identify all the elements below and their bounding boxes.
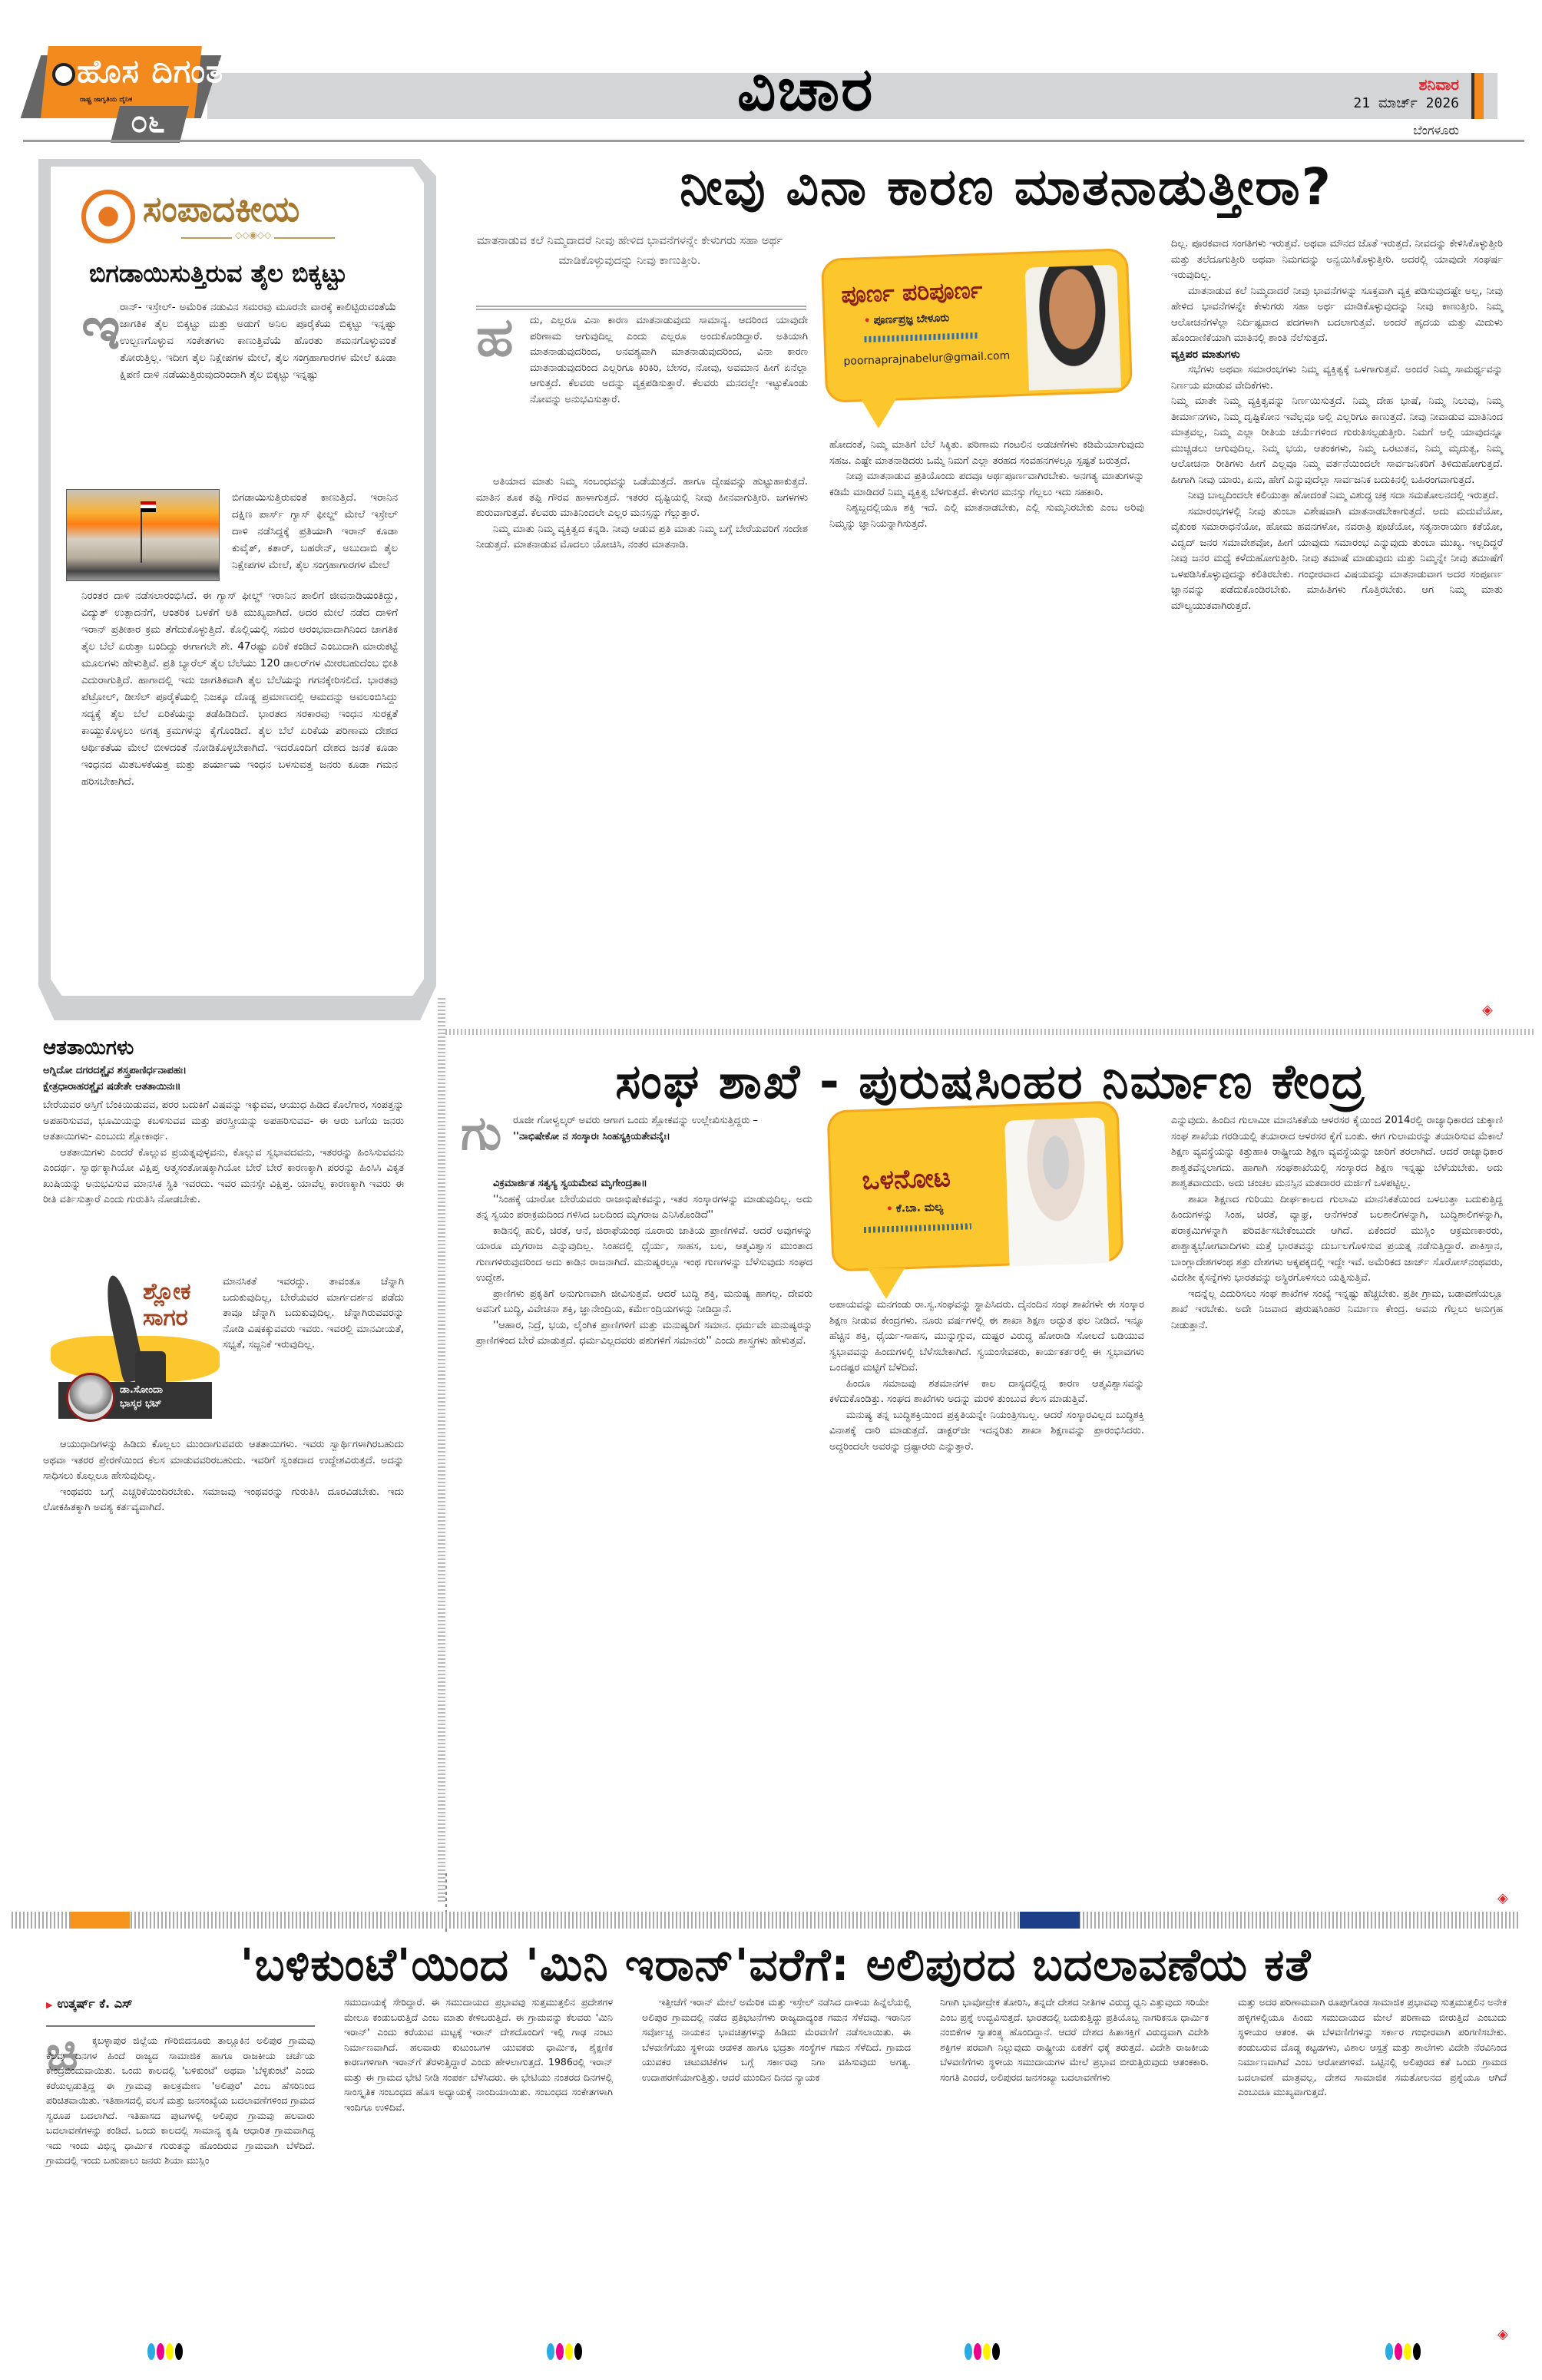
para: ಸಭೆಗಳು ಅಥವಾ ಸಮಾರಂಭಗಳು ನಿಮ್ಮ ವ್ಯಕ್ತಿತ್ವಕ್…: [1171, 362, 1503, 394]
editorial-beside-photo: ಬಿಗಡಾಯಿಸುತ್ತಿರುವಂತೆ ಕಾಣುತ್ತಿದೆ. ಇರಾನಿನ ದ…: [232, 489, 398, 574]
black-dot: [1413, 2343, 1421, 2360]
columnist-name: ಪೂರ್ಣಪ್ರಜ್ಞ ಬೇಳೂರು: [863, 312, 949, 327]
para: ಪ್ರಾಣಿಗಳು ಪ್ರಕೃತಿಗೆ ಅನುಗುಣವಾಗಿ ಜೀವಿಸುತ್ತ…: [476, 1287, 812, 1318]
cmyk-marks: [965, 2343, 1000, 2360]
para: ಮನುಷ್ಯ ತನ್ನ ಬುದ್ಧಿಶಕ್ತಿಯಿಂದ ಪ್ರಕೃತಿಯನ್ನೇ…: [829, 1408, 1144, 1456]
section-hatch-divider: [445, 1029, 1536, 1035]
section-separator: [12, 1912, 1520, 1929]
column-badge-purna: ಪೂರ್ಣ ಪರಿಪೂರ್ಣ ಪೂರ್ಣಪ್ರಜ್ಞ ಬೇಳೂರು poorna…: [821, 248, 1133, 403]
article-talk-col1-lead: ದು, ಎಲ್ಲರೂ ವಿನಾ ಕಾರಣ ಮಾತನಾಡುವುದು ಸಾಮಾನ್ಯ…: [530, 313, 808, 408]
para: ಆತತಾಯಿಗಳು ಎಂದರೆ ಕೊಲ್ಲುವ ಪ್ರಯತ್ನವುಳ್ಳವನು,…: [43, 1145, 404, 1208]
dotted-ornament: [864, 332, 979, 342]
editorial-label: ಸಂಪಾದಕೀಯ: [143, 188, 299, 231]
article-talk-dropcap: ಹ: [476, 310, 514, 364]
author-name-line1: ಡಾ.ಸೋಂದಾ: [120, 1383, 163, 1397]
para: ''ಸಿಂಹಕ್ಕೆ ಯಾರೋ ಬೇರೆಯವರು ರಾಜಾಭಿಷೇಕವನ್ನು,…: [476, 1192, 812, 1224]
para: ಹಿಂದೂ ಸಮಾಜವು ಶತಮಾನಗಳ ಕಾಲ ದಾಸ್ಯದಲ್ಲಿದ್ದ ಕ…: [829, 1377, 1144, 1408]
columnist-photo: [1024, 265, 1121, 391]
para: ಬೇರೆಯವರ ಆಸ್ತಿಗೆ ಬೆಂಕಿಯಿಡುವವ, ಪರರ ಬದುಕಿಗೆ…: [43, 1098, 404, 1145]
newspaper-name[interactable]: ಹೊಸ ದಿಗಂತ: [77, 52, 223, 91]
verse-line-1: ''ನಾಭಿಷೇಕೋ ನ ಸಂಸ್ಕಾರಃ ಸಿಂಹಸ್ಯಕ್ರಿಯತೇವನೈಃ…: [513, 1129, 812, 1145]
magenta-dot: [974, 2343, 981, 2360]
article-shakha-intro: ರೂಜೀ ಗೋಳ್ವಲ್ಕರ್ ಅವರು ಆಗಾಗ ಒಂದು ಶ್ಲೋಕವನ್ನ…: [513, 1113, 812, 1145]
article-alipura-headline[interactable]: 'ಬಳಿಕುಂಟೆ'ಯಿಂದ 'ಮಿನಿ ಇರಾನ್'ವರೆಗೆ: ಅಲಿಪುರ…: [31, 1939, 1520, 1992]
article-shakha-headline[interactable]: ಸಂಘ ಶಾಖೆ - ಪುರುಷಸಿಂಹರ ನಿರ್ಮಾಣ ಕೇಂದ್ರ: [461, 1053, 1520, 1110]
para: ದು, ಎಲ್ಲರೂ ವಿನಾ ಕಾರಣ ಮಾತನಾಡುವುದು ಸಾಮಾನ್ಯ…: [530, 313, 808, 408]
article-shakha-dropcap: ಗು: [461, 1109, 501, 1157]
para: ನಿಶ್ಯಬ್ದದಲ್ಲಿಯೂ ಶಕ್ತಿ ಇದೆ. ಎಲ್ಲಿ ಮಾತನಾಡಬ…: [829, 501, 1144, 532]
article-alipura-col4: ನಿಗಾಗಿ ಭಾವೋದ್ರೇಕ ತೋರಿಸಿ, ತನ್ನದೇ ದೇಶದ ನೀತ…: [940, 1995, 1209, 2084]
verse-line-1: ಅಗ್ನಿದೋ ದಗರದಶ್ಚೈವ ಶಸ್ತ್ರಪಾಣಿರ್ಧನಾಪಹಃ।: [43, 1063, 404, 1079]
article-talk-col2: ಹೋದಂತೆ, ನಿಮ್ಮ ಮಾತಿಗೆ ಬೆಲೆ ಸಿಕ್ಕಿತು. ಪರಿಣ…: [829, 438, 1144, 532]
para: ನೀವು ಮಾತನಾಡುವ ಪ್ರತಿಯೊಂದು ಪದವೂ ಅರ್ಥಪೂರ್ಣವ…: [829, 469, 1144, 501]
columnist-name: ಕೆ.ಬಾ. ಮಲ್ಯ: [886, 1201, 944, 1215]
para: ಇಂಥವರು ಬಗ್ಗೆ ಎಚ್ಚರಿಕೆಯಿಂದಿರಬೇಕು. ಸಮಾಜವು …: [43, 1485, 404, 1516]
editorial-lead: ರಾನ್- ಇಸ್ರೇಲ್- ಅಮೆರಿಕ ನಡುವಿನ ಸಮರವು ಮೂರನೇ…: [81, 299, 396, 383]
badge-title-line2: ಸಾಗರ: [143, 1305, 191, 1331]
para: ದಿಲ್ಲ. ಪೂರಕವಾದ ಸಂಗತಿಗಳು ಇರುತ್ತವೆ. ಅಥವಾ ಮ…: [1171, 236, 1503, 284]
end-of-article-icon: ◈: [1497, 1890, 1508, 1906]
column-badge-olanota: ಒಳನೋಟ ಕೆ.ಬಾ. ಮಲ್ಯ: [826, 1100, 1123, 1271]
shloka-body-cont: ಆಯುಧಾದಿಗಳನ್ನು ಹಿಡಿದು ಕೊಲ್ಲಲು ಮುಂದಾಗುವವರು…: [43, 1437, 404, 1516]
cyan-dot: [147, 2343, 155, 2360]
intro-line: ರೂಜೀ ಗೋಳ್ವಲ್ಕರ್ ಅವರು ಆಗಾಗ ಒಂದು ಶ್ಲೋಕವನ್ನ…: [513, 1113, 812, 1129]
article-talk-headline[interactable]: ನೀವು ವಿನಾ ಕಾರಣ ಮಾತನಾಡುತ್ತೀರಾ?: [491, 157, 1520, 218]
emblem-icon: [52, 63, 75, 86]
article-talk-deck: ಮಾತನಾಡುವ ಕಲೆ ನಿಮ್ಮದಾದರೆ ನೀವು ಹೇಳಿದ ಭಾವನೆ…: [468, 230, 791, 270]
article-shakha-col3: ಎನ್ನುವುದು. ಹಿಂದಿನ ಗುಲಾಮೀ ಮಾನಸಿಕತೆಯ ಆಳರಸರ…: [1171, 1113, 1503, 1334]
column-hatch-divider: [438, 998, 445, 1904]
cmyk-marks: [1385, 2343, 1421, 2360]
article-shakha-col1: ವಿಕ್ರಮಾರ್ಜಿತ ಸತ್ವಸ್ಯ ಸ್ವಯಮೇವ ಮೃಗೇಂದ್ರತಾ॥…: [476, 1176, 812, 1350]
callout-tail: [868, 1268, 905, 1299]
editorial-body: ನಿರಂತರ ದಾಳಿ ನಡೆಸಲಾರಂಭಿಸಿದೆ. ಈ ಗ್ಯಾಸ್ ಫೀಲ…: [81, 587, 398, 790]
issue-day: ಶನಿವಾರ: [1336, 75, 1459, 94]
column-name: ಪೂರ್ಣ ಪರಿಪೂರ್ಣ: [841, 277, 983, 309]
para: ಅಪಾಯವನ್ನು ಮನಗಂಡು ರಾ.ಸ್ವ.ಸಂಘವನ್ನು ಸ್ಥಾಪಿಸ…: [829, 1297, 1144, 1377]
editorial-inner: ಸಂಪಾದಕೀಯ ಬಿಗಡಾಯಿಸುತ್ತಿರುವ ತೈಲ ಬಿಕ್ಕಟ್ಟು …: [51, 167, 424, 996]
article-alipura-byline: ಉತ್ಕರ್ಷ್ ಕೆ. ಎಸ್: [46, 1996, 133, 2011]
para: ಇದನ್ನೆಲ್ಲ ಎದುರಿಸಲು ಸಂಘ ಶಾಖೆಗಳ ಸಂಖ್ಯೆ ಇನ್…: [1171, 1287, 1503, 1334]
editorial-headline[interactable]: ಬಿಗಡಾಯಿಸುತ್ತಿರುವ ತೈಲ ಬಿಕ್ಕಟ್ಟು: [89, 259, 347, 289]
para: ಕಾಡಿನಲ್ಲಿ ಹುಲಿ, ಚಿರತೆ, ಆನೆ, ಜಿರಾಫೆಯಂಥ ನೂ…: [476, 1224, 812, 1287]
deck-rule: [476, 306, 806, 312]
para: ಎನ್ನುವುದು. ಹಿಂದಿನ ಗುಲಾಮೀ ಮಾನಸಿಕತೆಯ ಆಳರಸರ…: [1171, 1113, 1503, 1192]
badge-title: ಶ್ಲೋಕ ಸಾಗರ: [143, 1279, 191, 1331]
author-portrait: [66, 1373, 115, 1422]
shloka-title[interactable]: ಆತತಾಯಿಗಳು: [43, 1036, 134, 1060]
end-of-article-icon: ◈: [1497, 2326, 1508, 2342]
shloka-verse: ಅಗ್ನಿದೋ ದಗರದಶ್ಚೈವ ಶಸ್ತ್ರಪಾಣಿರ್ಧನಾಪಹಃ। ಕ್…: [43, 1063, 404, 1095]
shloka-side-text: ಮಾನಸಿಕತೆ ಇವರದ್ದು. ತಾವಂತೂ ಚೆನ್ನಾಗಿ ಬದುಕುವ…: [223, 1274, 404, 1354]
para: ''ಆಹಾರ, ನಿದ್ರೆ, ಭಯ, ಲೈಂಗಿಕ ಪ್ರಾಣಿಗಳಿಗೆ ಮ…: [476, 1318, 812, 1350]
columnist-photo: [1004, 1117, 1110, 1266]
section-title: ವಿಚಾರ: [737, 55, 874, 125]
article-talk-col3: ದಿಲ್ಲ. ಪೂರಕವಾದ ಸಂಗತಿಗಳು ಇರುತ್ತವೆ. ಅಥವಾ ಮ…: [1171, 236, 1503, 614]
subheading: ವ್ಯಕ್ತಿಪರ ಮಾತುಗಳು: [1171, 347, 1503, 363]
para: ಸಮಾರಂಭಗಳಲ್ಲಿ ನೀವು ತುಂಬಾ ವಿಶೇಷವಾಗಿ ಮಾತನಾಡ…: [1171, 504, 1503, 615]
article-alipura-col3: ಇತ್ತೀಚೆಗೆ ಇರಾನ್ ಮೇಲೆ ಅಮೆರಿಕ ಮತ್ತು ಇಸ್ರೇಲ…: [642, 1995, 911, 2084]
inkpot-icon: [135, 1351, 166, 1383]
para: ಆಯುಧಾದಿಗಳನ್ನು ಹಿಡಿದು ಕೊಲ್ಲಲು ಮುಂದಾಗುವವರು…: [43, 1437, 404, 1485]
cyan-dot: [1385, 2343, 1393, 2360]
article-alipura-col1: ಕ್ಕಬಳ್ಳಾಪುರ ಜಿಲ್ಲೆಯ ಗೌರಿಬಿದನೂರು ತಾಲ್ಲೂಕಿ…: [46, 2033, 315, 2168]
para: ಮಾತನಾಡುವ ಕಲೆ ನಿಮ್ಮದಾದರೆ ನೀವು ಭಾವನೆಗಳನ್ನು…: [1171, 284, 1503, 347]
yellow-dot: [565, 2343, 573, 2360]
badge-title-line1: ಶ್ಲೋಕ: [143, 1279, 191, 1305]
column-name: ಒಳನೋಟ: [862, 1162, 951, 1196]
yellow-dot: [983, 2343, 991, 2360]
newspaper-tagline: ರಾಷ್ಟ್ರ ಜಾಗೃತಿಯ ದೈನಿಕ: [80, 96, 132, 104]
end-of-article-icon: ◈: [1482, 1002, 1493, 1018]
verse-line-2: ಕ್ಷೇತ್ರಧಾರಾಹರಶ್ಚೈವ ಷಡೇತೇ ಆತತಾಯಿನಃ॥: [43, 1079, 404, 1095]
para: ಅತಿಯಾದ ಮಾತು ನಿಮ್ಮ ಸಂಬಂಧವನ್ನು ಒಡೆಯುತ್ತದೆ.…: [476, 474, 808, 522]
author-name-line2: ಭಾಸ್ಕರ ಭಟ್: [120, 1397, 163, 1411]
yellow-dot: [166, 2343, 174, 2360]
magenta-dot: [1395, 2343, 1402, 2360]
para: ನೀವು ಬಾಲ್ಯದಿಂದಲೇ ಕಲಿಯುತ್ತಾ ಹೋದಂತೆ ನಿಮ್ಮ …: [1171, 488, 1503, 504]
shloka-sagara-badge: ಶ್ಲೋಕ ಸಾಗರ ಡಾ.ಸೋಂದಾ ಭಾಸ್ಕರ ಭಟ್: [43, 1274, 227, 1428]
separator-blue-block: [1020, 1912, 1080, 1929]
black-dot: [574, 2343, 582, 2360]
byline-rule: [46, 2025, 315, 2027]
para: ನಿಮ್ಮ ಮಾತೇ ನಿಮ್ಮ ವ್ಯಕ್ತಿತ್ವವನ್ನು ನಿರ್ಣಯಿ…: [1171, 394, 1503, 488]
article-shakha-col2: ಅಪಾಯವನ್ನು ಮನಗಂಡು ರಾ.ಸ್ವ.ಸಂಘವನ್ನು ಸ್ಥಾಪಿಸ…: [829, 1297, 1144, 1455]
page-number: ೦೬: [131, 104, 165, 140]
edition-city: ಬೆಂಗಳೂರು: [1336, 123, 1459, 138]
magenta-dot: [157, 2343, 164, 2360]
article-talk-col1: ಅತಿಯಾದ ಮಾತು ನಿಮ್ಮ ಸಂಬಂಧವನ್ನು ಒಡೆಯುತ್ತದೆ.…: [476, 474, 808, 554]
black-dot: [992, 2343, 1000, 2360]
editorial-lead-text: ರಾನ್- ಇಸ್ರೇಲ್- ಅಮೆರಿಕ ನಡುವಿನ ಸಮರವು ಮೂರನೇ…: [81, 299, 396, 383]
ornament-divider: [181, 237, 335, 239]
editorial-emblem-icon: [81, 190, 135, 243]
article-alipura-col2: ಸಮುದಾಯಕ್ಕೆ ಸೇರಿದ್ದಾರೆ. ಈ ಸಮುದಾಯದ ಪ್ರಭಾವವ…: [344, 1995, 613, 2114]
callout-tail: [860, 398, 897, 428]
editorial-box: ಸಂಪಾದಕೀಯ ಬಿಗಡಾಯಿಸುತ್ತಿರುವ ತೈಲ ಬಿಕ್ಕಟ್ಟು …: [38, 159, 436, 1020]
masthead-rule: [23, 140, 1524, 142]
author-name: ಡಾ.ಸೋಂದಾ ಭಾಸ್ಕರ ಭಟ್: [120, 1383, 163, 1411]
para: ಹೋದಂತೆ, ನಿಮ್ಮ ಮಾತಿಗೆ ಬೆಲೆ ಸಿಕ್ಕಿತು. ಪರಿಣ…: [829, 438, 1144, 469]
columnist-email[interactable]: poornaprajnabelur@gmail.com: [843, 350, 1010, 369]
masthead-edge-orange: [1474, 73, 1484, 119]
cmyk-marks: [547, 2343, 582, 2360]
separator-orange-block: [70, 1912, 130, 1929]
cmyk-marks: [147, 2343, 183, 2360]
issue-date: 21 ಮಾರ್ಚ್ 2026: [1305, 95, 1459, 111]
cyan-dot: [547, 2343, 554, 2360]
cyan-dot: [965, 2343, 972, 2360]
para: ಶಾಖಾ ಶಿಕ್ಷಣದ ಗುರಿಯು ದೀರ್ಘಕಾಲದ ಗುಲಾಮಿ ಮಾನ…: [1171, 1192, 1503, 1287]
flag-icon: [141, 501, 156, 512]
para: ನಿಮ್ಮ ಮಾತು ನಿಮ್ಮ ವ್ಯಕ್ತಿತ್ವದ ಕನ್ನಡಿ. ನೀವ…: [476, 522, 808, 554]
dotted-ornament: [864, 1223, 971, 1233]
black-dot: [175, 2343, 183, 2360]
yellow-dot: [1404, 2343, 1411, 2360]
masthead: ಹೊಸ ದಿಗಂತ ರಾಷ್ಟ್ರ ಜಾಗೃತಿಯ ದೈನಿಕ ೦೬ ವಿಚಾರ…: [0, 0, 1542, 146]
article-alipura-col5: ಮತ್ತು ಅದರ ಪರಿಣಾಮವಾಗಿ ರೂಪುಗೊಂಡ ಸಾಮಾಜಿಕ ಪ್…: [1238, 1995, 1507, 2100]
verse-line-2: ವಿಕ್ರಮಾರ್ಜಿತ ಸತ್ವಸ್ಯ ಸ್ವಯಮೇವ ಮೃಗೇಂದ್ರತಾ॥: [476, 1176, 812, 1192]
oil-field-fire-photo: [66, 489, 220, 581]
para: ಮಾನಸಿಕತೆ ಇವರದ್ದು. ತಾವಂತೂ ಚೆನ್ನಾಗಿ ಬದುಕುವ…: [223, 1274, 404, 1354]
shloka-body: ಬೇರೆಯವರ ಆಸ್ತಿಗೆ ಬೆಂಕಿಯಿಡುವವ, ಪರರ ಬದುಕಿಗೆ…: [43, 1098, 404, 1208]
magenta-dot: [556, 2343, 564, 2360]
